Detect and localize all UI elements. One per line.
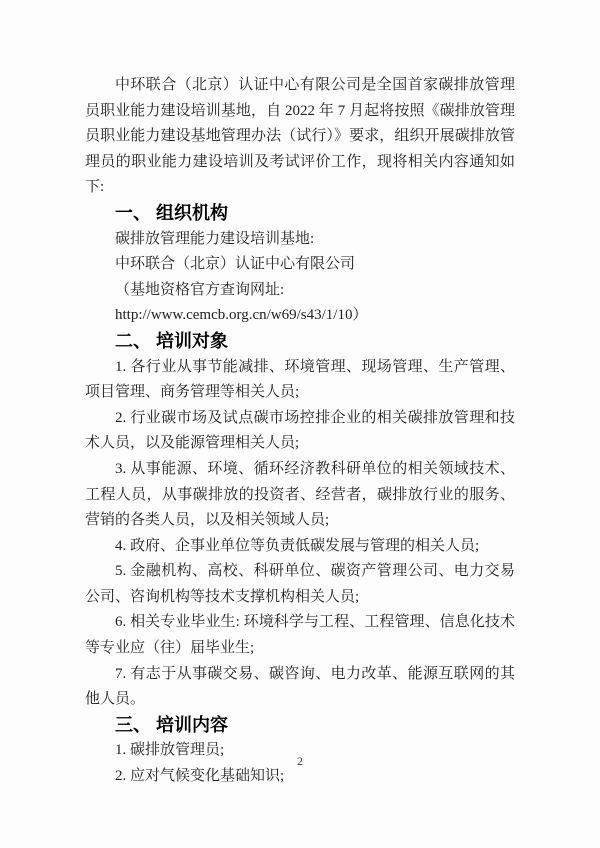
training-target-item-1: 1. 各行业从事节能减排、环境管理、现场管理、生产管理、项目管理、商务管理等相关… — [85, 355, 515, 406]
org-base-label: 碳排放管理能力建设培训基地: — [85, 227, 515, 253]
org-base-name: 中环联合（北京）认证中心有限公司 — [85, 252, 515, 278]
section-heading-organization: 一、 组织机构 — [85, 201, 515, 227]
training-target-item-7: 7. 有志于从事碳交易、碳咨询、电力改革、能源互联网的其他人员。 — [85, 662, 515, 713]
intro-paragraph: 中环联合（北京）认证中心有限公司是全国首家碳排放管理员职业能力建设培训基地，自 … — [85, 73, 515, 201]
document-content: 中环联合（北京）认证中心有限公司是全国首家碳排放管理员职业能力建设培训基地，自 … — [85, 73, 515, 790]
org-query-url: http://www.cemcb.org.cn/w69/s43/1/10） — [85, 303, 515, 329]
training-target-item-3: 3. 从事能源、环境、循环经济教科研单位的相关领域技术、工程人员，从事碳排放的投… — [85, 457, 515, 534]
training-target-item-2: 2. 行业碳市场及试点碳市场控排企业的相关碳排放管理和技术人员，以及能源管理相关… — [85, 406, 515, 457]
section-heading-training-targets: 二、 培训对象 — [85, 329, 515, 355]
section-heading-training-content: 三、 培训内容 — [85, 713, 515, 739]
training-target-item-4: 4. 政府、企事业单位等负责低碳发展与管理的相关人员; — [85, 534, 515, 560]
org-url-note: （基地资格官方查询网址: — [85, 278, 515, 304]
training-target-item-5: 5. 金融机构、高校、科研单位、碳资产管理公司、电力交易公司、咨询机构等技术支撑… — [85, 559, 515, 610]
training-target-item-6: 6. 相关专业毕业生: 环境科学与工程、工程管理、信息化技术等专业应（往）届毕业… — [85, 610, 515, 661]
document-page: 中环联合（北京）认证中心有限公司是全国首家碳排放管理员职业能力建设培训基地，自 … — [0, 0, 600, 848]
page-number: 2 — [0, 753, 600, 769]
